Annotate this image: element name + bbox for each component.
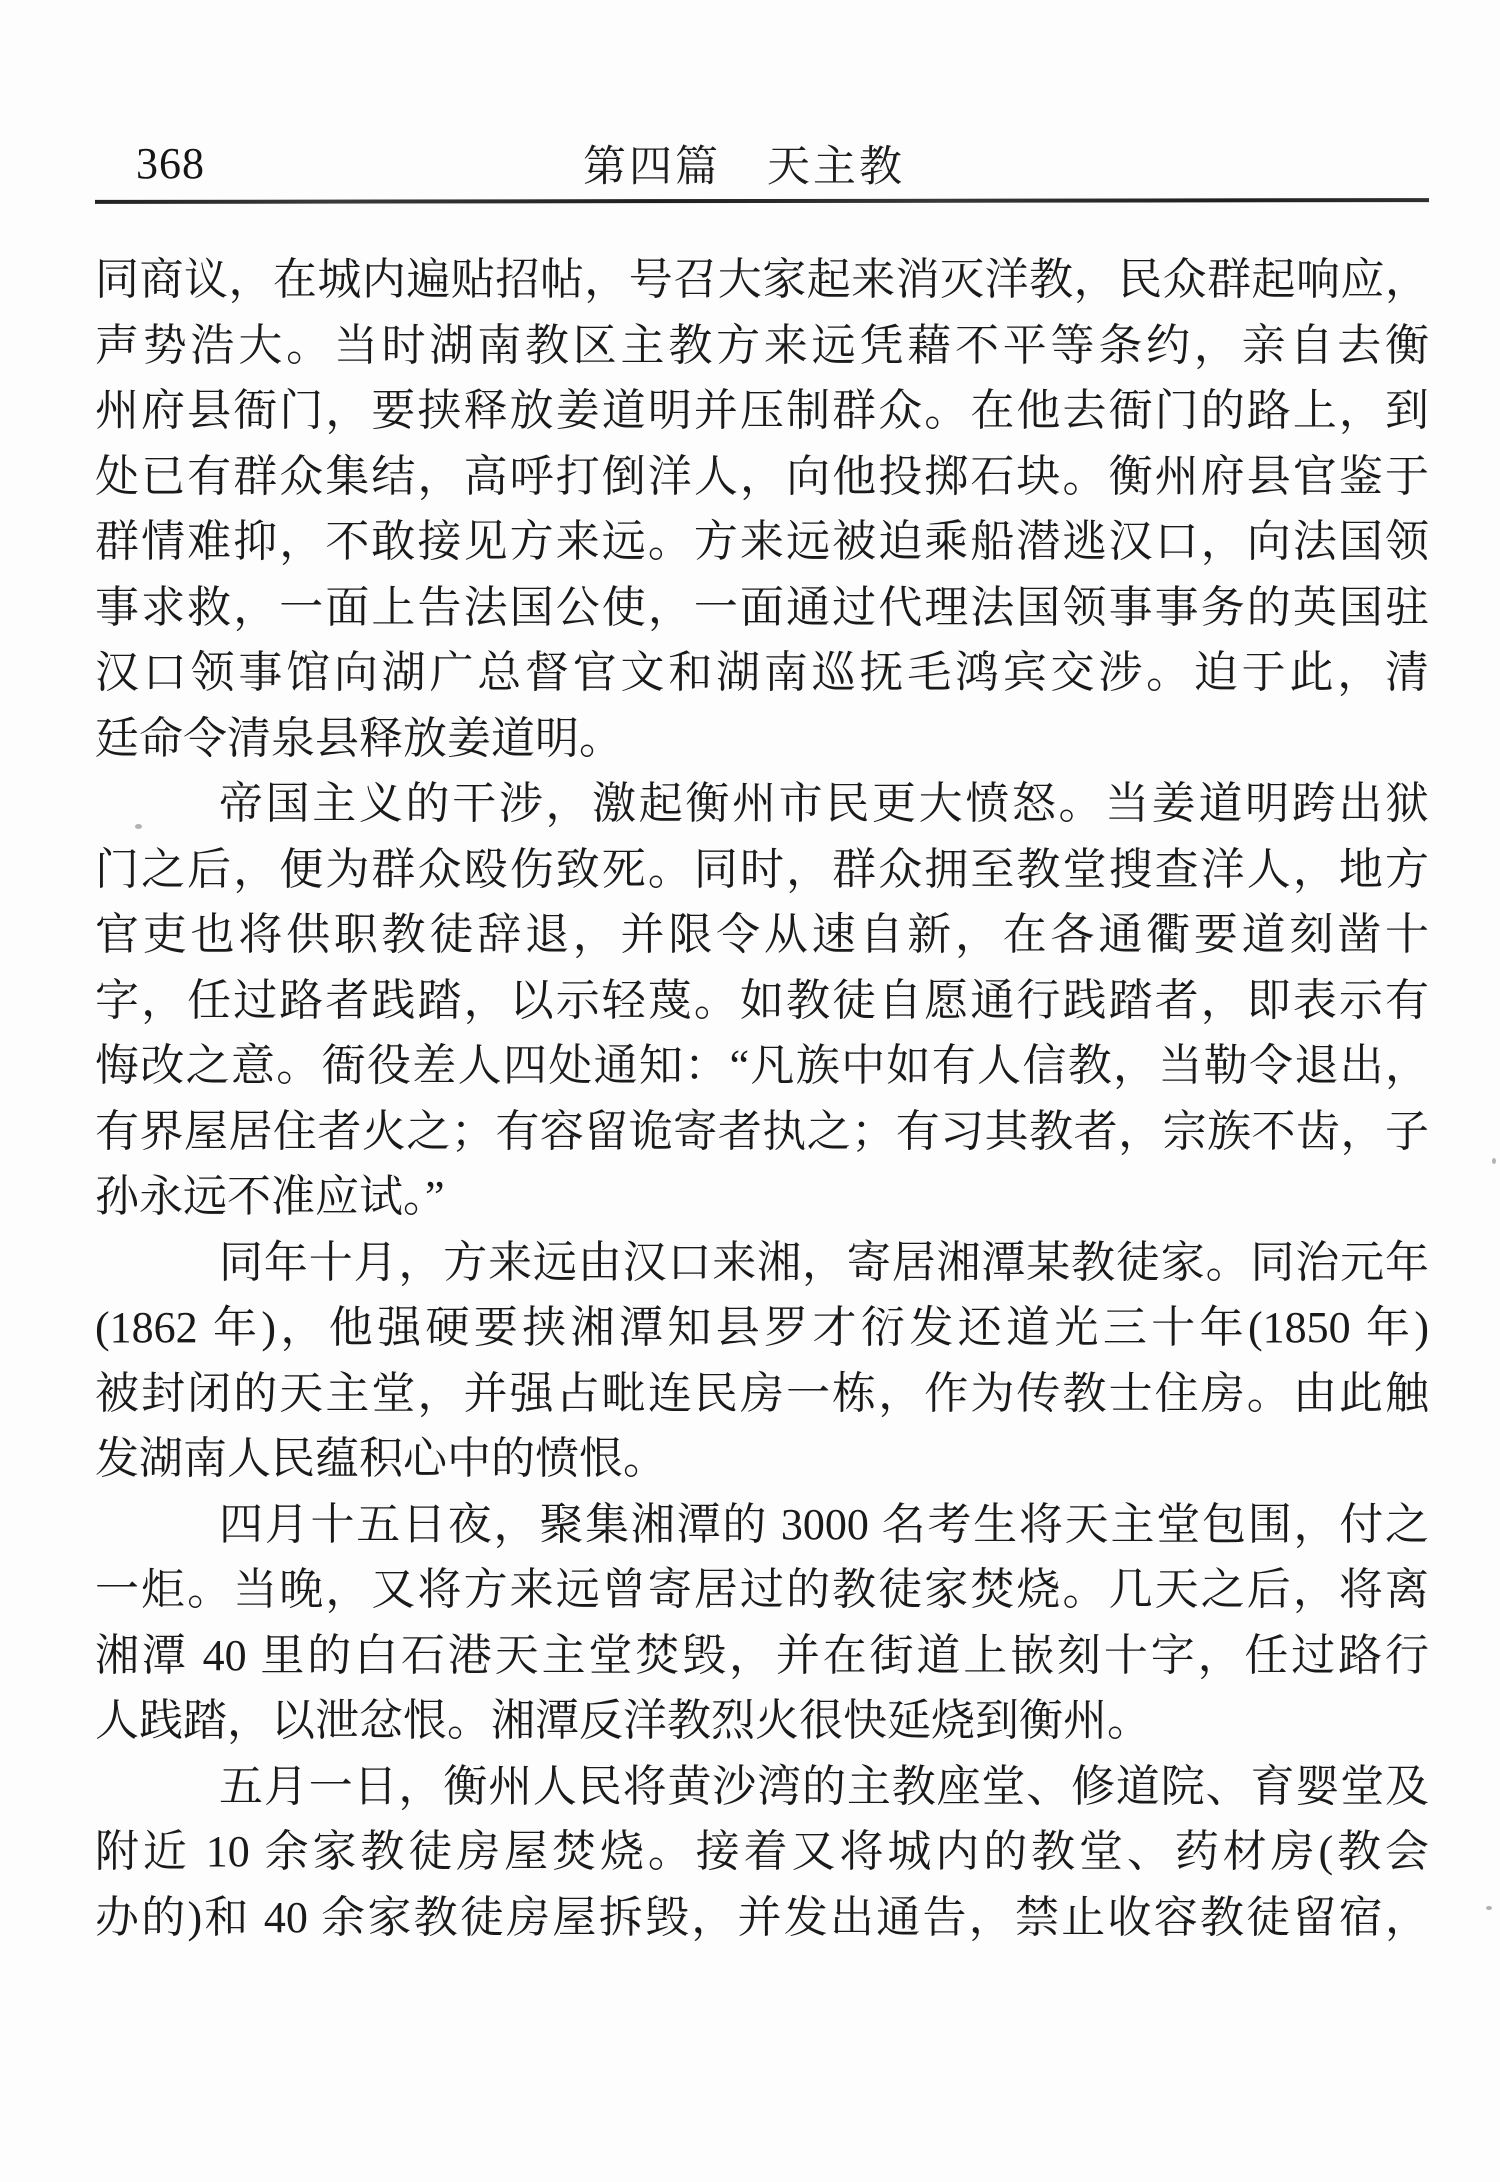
text-line: 廷命令清泉县释放姜道明。 xyxy=(95,706,1429,772)
text-line: 官吏也将供职教徒辞退，并限令从速自新，在各通衢要道刻凿十 xyxy=(95,902,1429,968)
text-line: 五月一日，衡州人民将黄沙湾的主教座堂、修道院、育婴堂及 xyxy=(95,1754,1429,1820)
text-line: 声势浩大。当时湖南教区主教方来远凭藉不平等条约，亲自去衡 xyxy=(95,313,1429,379)
body-text-block: 同商议，在城内遍贴招帖，号召大家起来消灭洋教，民众群起响应， 声势浩大。当时湖南… xyxy=(95,247,1429,1950)
text-line: 同年十月，方来远由汉口来湘，寄居湘潭某教徒家。同治元年 xyxy=(95,1230,1429,1296)
text-line: 附近 10 余家教徒房屋焚烧。接着又将城内的教堂、药材房(教会 xyxy=(95,1819,1429,1885)
text-line: 四月十五日夜，聚集湘潭的 3000 名考生将天主堂包围，付之 xyxy=(95,1492,1429,1558)
text-line: 汉口领事馆向湖广总督官文和湖南巡抚毛鸿宾交涉。迫于此，清 xyxy=(95,640,1429,706)
scan-speck xyxy=(135,824,142,829)
text-line: 事求救，一面上告法国公使，一面通过代理法国领事事务的英国驻 xyxy=(95,575,1429,641)
text-line: 一炬。当晚，又将方来远曾寄居过的教徒家焚烧。几天之后，将离 xyxy=(95,1557,1429,1623)
scan-speck xyxy=(1492,1158,1496,1164)
scanned-book-page: 368 第四篇 天主教 同商议，在城内遍贴招帖，号召大家起来消灭洋教，民众群起响… xyxy=(0,0,1500,2182)
text-line: 悔改之意。衙役差人四处通知：“凡族中如有人信教，当勒令退出， xyxy=(95,1033,1429,1099)
text-line: 门之后，便为群众殴伤致死。同时，群众拥至教堂搜查洋人，地方 xyxy=(95,837,1429,903)
text-line: 州府县衙门，要挟释放姜道明并压制群众。在他去衙门的路上，到 xyxy=(95,378,1429,444)
scan-speck xyxy=(1486,1906,1492,1910)
text-line: 同商议，在城内遍贴招帖，号召大家起来消灭洋教，民众群起响应， xyxy=(95,247,1429,313)
text-line: 湘潭 40 里的白石港天主堂焚毁，并在街道上嵌刻十字，任过路行 xyxy=(95,1623,1429,1689)
running-header: 第四篇 天主教 xyxy=(0,144,1488,192)
text-line: 群情难抑，不敢接见方来远。方来远被迫乘船潜逃汉口，向法国领 xyxy=(95,509,1429,575)
text-line: (1862 年)，他强硬要挟湘潭知县罗才衍发还道光三十年(1850 年) xyxy=(95,1295,1429,1361)
text-line: 处已有群众集结，高呼打倒洋人，向他投掷石块。衡州府县官鉴于 xyxy=(95,444,1429,510)
text-line: 被封闭的天主堂，并强占毗连民房一栋，作为传教士住房。由此触 xyxy=(95,1361,1429,1427)
text-line: 有界屋居住者火之；有容留诡寄者执之；有习其教者，宗族不齿，子 xyxy=(95,1099,1429,1165)
text-line: 帝国主义的干涉，激起衡州市民更大愤怒。当姜道明跨出狱 xyxy=(95,771,1429,837)
text-line: 孙永远不准应试。” xyxy=(95,1164,1429,1230)
text-line: 字，任过路者践踏，以示轻蔑。如教徒自愿通行践踏者，即表示有 xyxy=(95,968,1429,1034)
text-line: 办的)和 40 余家教徒房屋拆毁，并发出通告，禁止收容教徒留宿， xyxy=(95,1885,1429,1951)
text-line: 人践踏，以泄忿恨。湘潭反洋教烈火很快延烧到衡州。 xyxy=(95,1688,1429,1754)
text-line: 发湖南人民蕴积心中的愤恨。 xyxy=(95,1426,1429,1492)
header-rule xyxy=(95,198,1429,204)
